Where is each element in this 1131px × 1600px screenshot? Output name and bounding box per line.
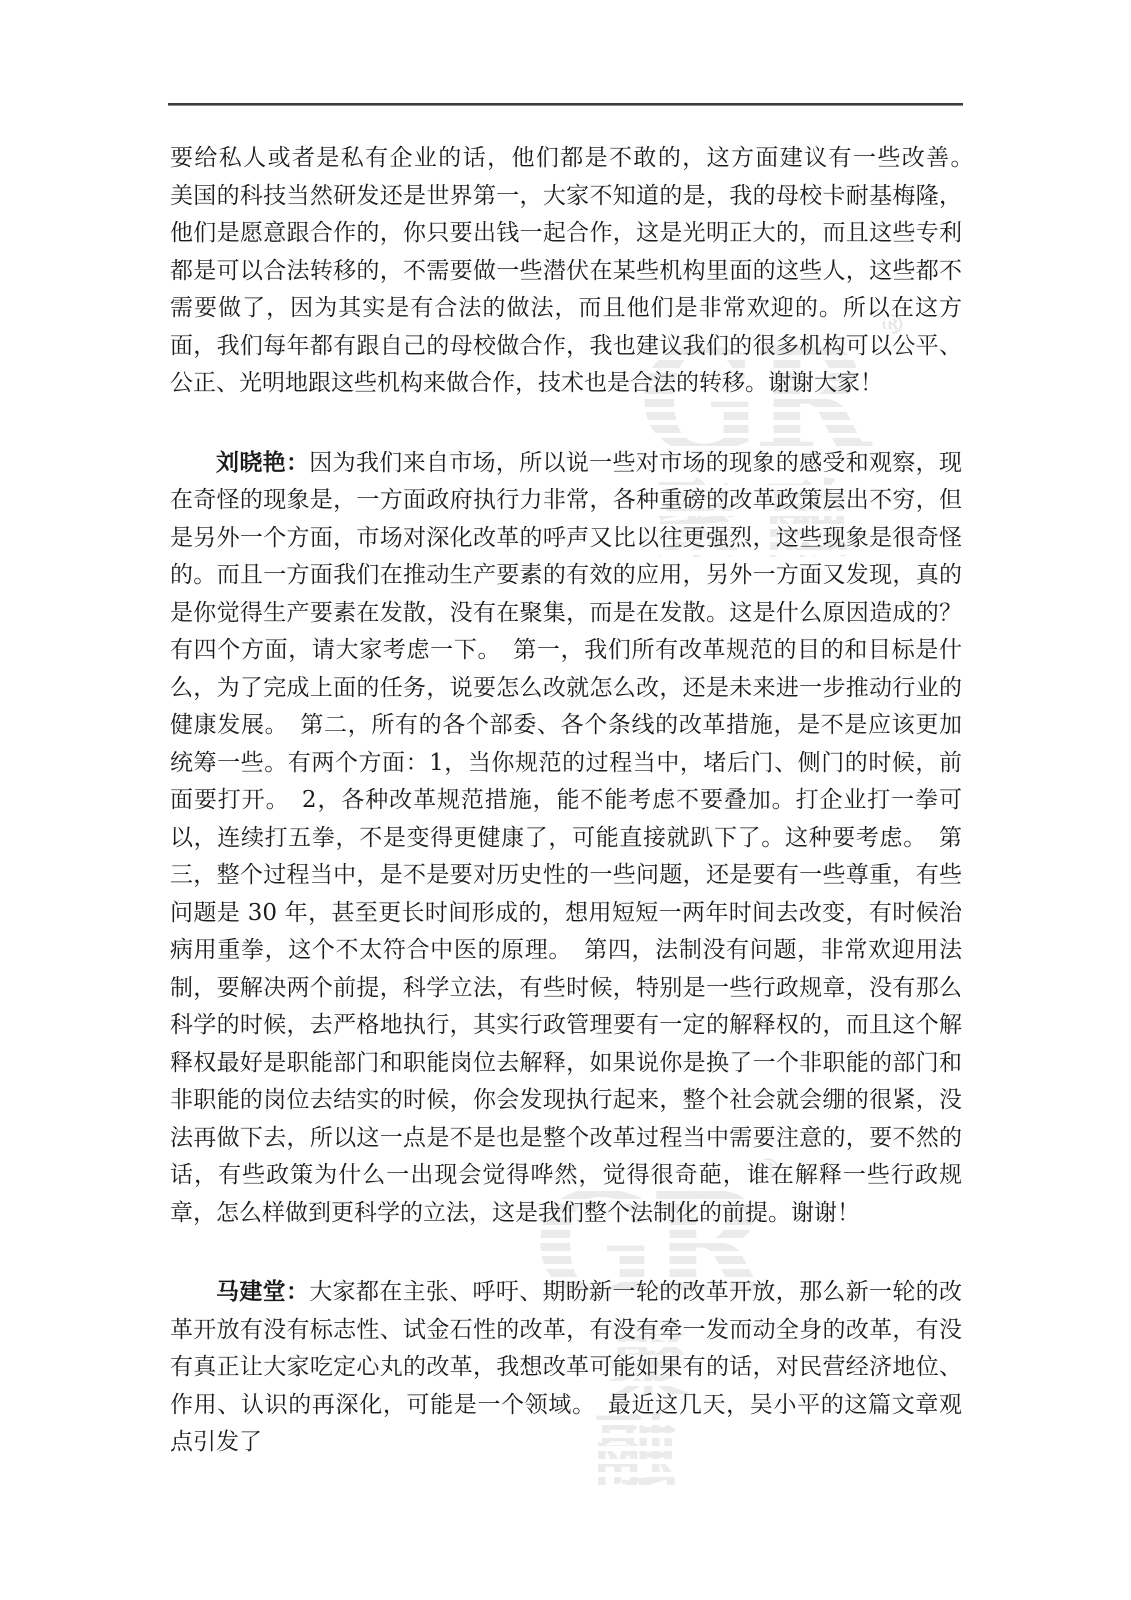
paragraph-text: 因为我们来自市场，所以说一些对市场的现象的感受和观察，现在奇怪的现象是，一方面政… [170, 450, 962, 1226]
document-page: ® GR 聚融 ® GR 聚融 要给私人或者是私有企业的话，他们都是不敢的，这方… [0, 0, 1131, 1600]
paragraph-speaker-majiantang: 马建堂：大家都在主张、呼吁、期盼新一轮的改革开放，那么新一轮的改革开放有没有标志… [170, 1273, 962, 1462]
header-rule [168, 103, 963, 106]
speaker-label: 马建堂： [216, 1278, 309, 1305]
paragraph-text: 要给私人或者是私有企业的话，他们都是不敢的，这方面建议有一些改善。 美国的科技当… [170, 145, 985, 396]
document-body: 要给私人或者是私有企业的话，他们都是不敢的，这方面建议有一些改善。 美国的科技当… [170, 140, 962, 1503]
paragraph-continuation: 要给私人或者是私有企业的话，他们都是不敢的，这方面建议有一些改善。 美国的科技当… [170, 140, 962, 403]
paragraph-speaker-liuxiaoyan: 刘晓艳：因为我们来自市场，所以说一些对市场的现象的感受和观察，现在奇怪的现象是，… [170, 444, 962, 1233]
speaker-label: 刘晓艳： [216, 449, 309, 476]
paragraph-text: 大家都在主张、呼吁、期盼新一轮的改革开放，那么新一轮的改革开放有没有标志性、试金… [170, 1279, 962, 1455]
